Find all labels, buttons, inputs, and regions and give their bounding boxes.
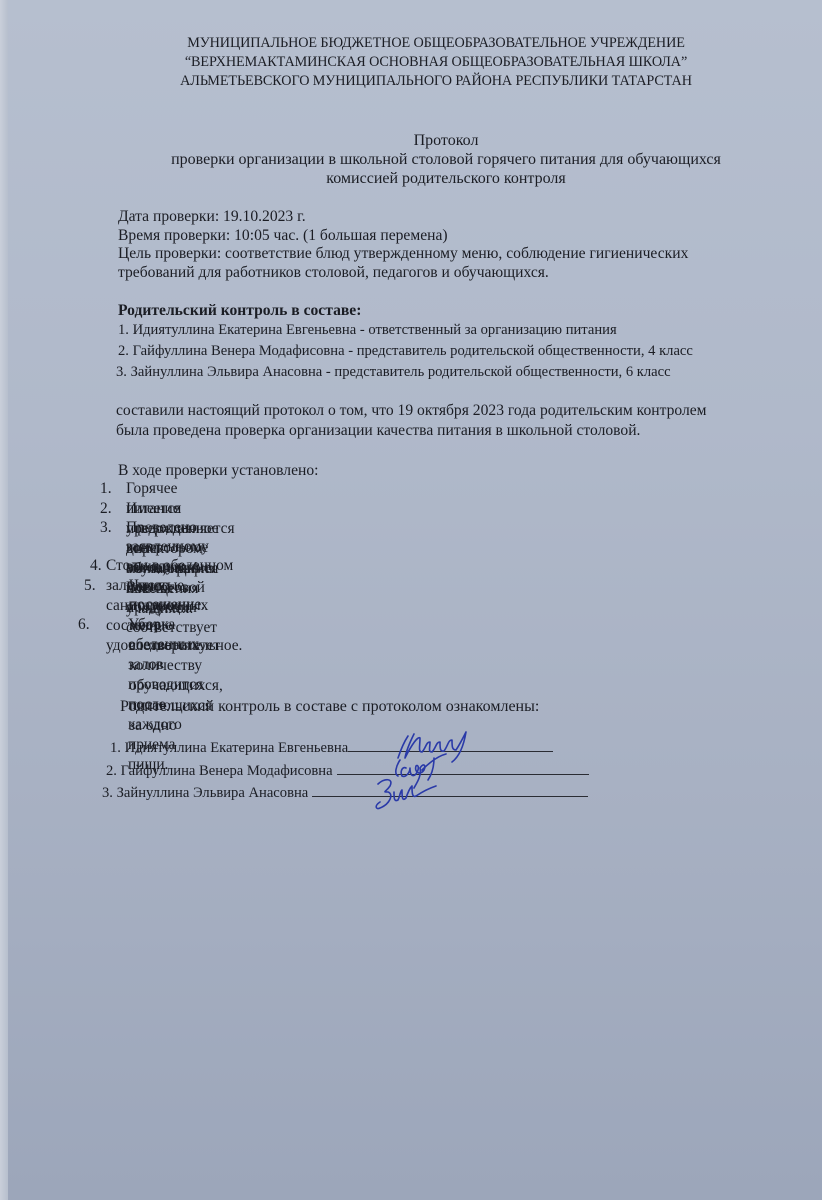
member-item: 1. Идиятуллина Екатерина Евгеньевна - от… (118, 320, 693, 341)
signatory-name: 1. Идиятуллина Екатерина Евгеньевна (110, 740, 348, 756)
signatory-name: 2. Гайфуллина Венера Модафисовна (106, 763, 333, 779)
title-line-2: проверки организации в школьной столовой… (70, 150, 822, 169)
statement-paragraph: составили настоящий протокол о том, что … (116, 401, 707, 441)
acknowledgement-heading: Родительский контроль в составе с проток… (120, 697, 539, 717)
institution-header: МУНИЦИПАЛЬНОЕ БЮДЖЕТНОЕ ОБЩЕОБРАЗОВАТЕЛЬ… (0, 34, 822, 91)
member-item: 2. Гайфуллина Венера Модафисовна - предс… (118, 341, 693, 362)
finding-text-continued: посещение. (129, 595, 205, 615)
signature-3 (376, 780, 436, 809)
inspection-time: Время проверки: 10:05 час. (1 большая пе… (118, 227, 688, 246)
findings-heading: В ходе проверки установлено: (118, 461, 318, 481)
signature-row: 2. Гайфуллина Венера Модафисовна (106, 760, 589, 781)
inspection-goal-line-1: Цель проверки: соответствие блюд утвержд… (118, 245, 688, 264)
finding-number: 1. (100, 479, 112, 499)
title-line-3: комиссией родительского контроля (70, 169, 822, 188)
header-line-2: “ВЕРХНЕМАКТАМИНСКАЯ ОСНОВНАЯ ОБЩЕОБРАЗОВ… (50, 53, 822, 72)
signatory-name: 3. Зайнуллина Эльвира Анасовна (102, 785, 308, 801)
finding-number: 4. (90, 556, 102, 576)
title-heading: Протокол (70, 131, 822, 150)
header-line-3: АЛЬМЕТЬЕВСКОГО МУНИЦИПАЛЬНОГО РАЙОНА РЕС… (50, 72, 822, 91)
inspection-info: Дата проверки: 19.10.2023 г. Время прове… (118, 208, 688, 282)
finding-number: 3. (100, 518, 112, 538)
document-title: Протокол проверки организации в школьной… (0, 131, 822, 188)
member-item: 3. Зайнуллина Эльвира Анасовна - предста… (116, 362, 693, 383)
signature-row: 3. Зайнуллина Эльвира Анасовна (102, 782, 588, 803)
finding-number: 2. (100, 499, 112, 519)
signature-2 (396, 754, 446, 788)
statement-line-2: была проведена проверка организации каче… (116, 421, 707, 441)
statement-line-1: составили настоящий протокол о том, что … (116, 401, 707, 421)
members-heading: Родительский контроль в составе: (118, 301, 361, 321)
header-line-1: МУНИЦИПАЛЬНОЕ БЮДЖЕТНОЕ ОБЩЕОБРАЗОВАТЕЛЬ… (50, 34, 822, 53)
handwritten-signatures (360, 722, 510, 812)
inspection-date: Дата проверки: 19.10.2023 г. (118, 208, 688, 227)
signature-1 (398, 732, 466, 762)
finding-number: 5. (84, 576, 96, 596)
inspection-goal-line-2: требований для работников столовой, педа… (118, 264, 688, 283)
finding-number: 6. (78, 615, 90, 635)
members-list: 1. Идиятуллина Екатерина Евгеньевна - от… (118, 320, 693, 383)
